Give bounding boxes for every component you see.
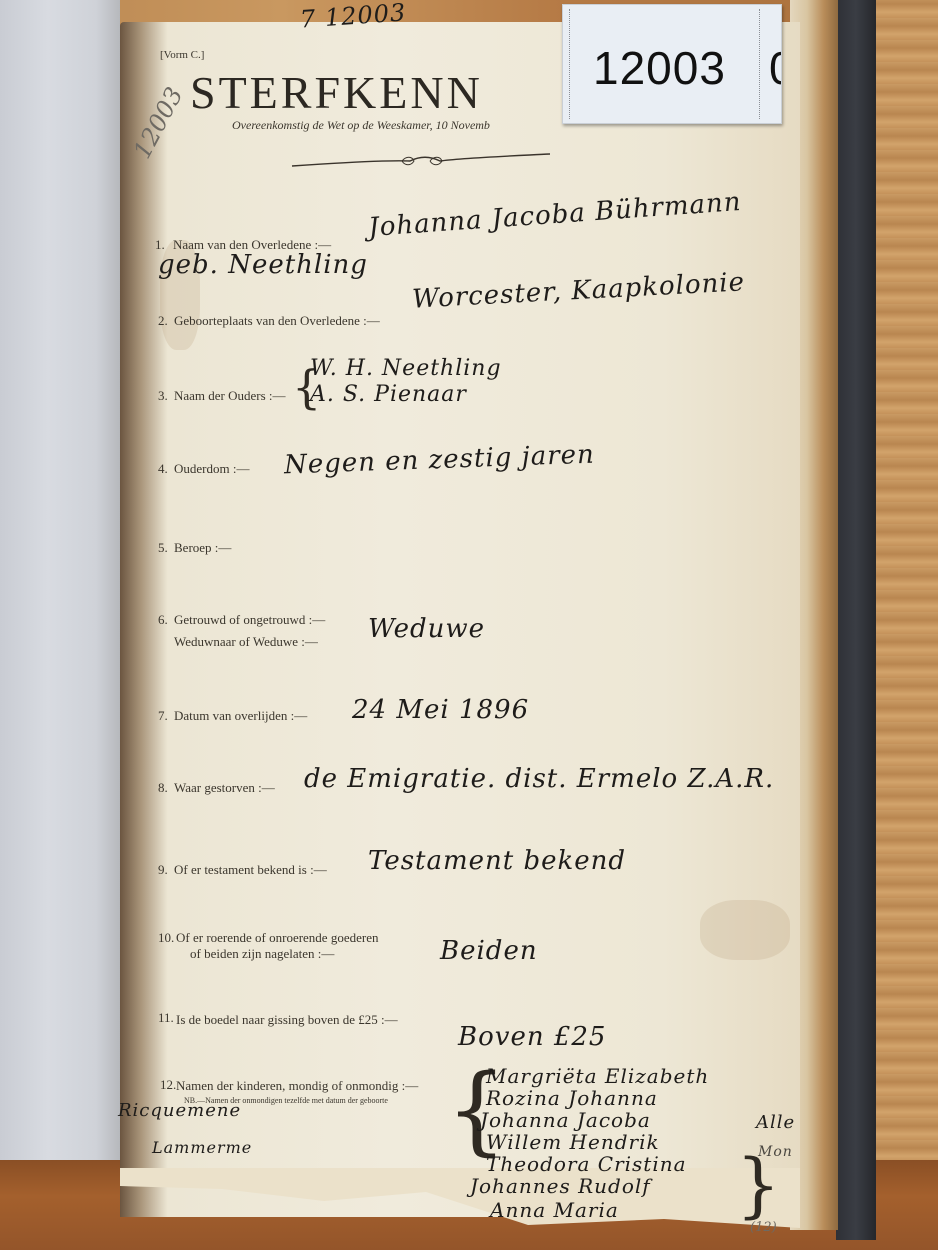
child-7: Anna Maria xyxy=(490,1198,619,1222)
margin-note-bottom-right: (12) xyxy=(750,1220,777,1235)
child-3: Johanna Jacoba xyxy=(480,1108,651,1132)
child-5: Theodora Cristina xyxy=(486,1152,687,1176)
field-7-value: 24 Mei 1896 xyxy=(352,695,529,725)
field-10-value: Beiden xyxy=(440,936,538,966)
margin-note-line2: Lammerme xyxy=(152,1138,252,1157)
child-1: Margriëta Elizabeth xyxy=(486,1064,709,1088)
archive-number-tag: 12003 0 xyxy=(562,4,782,124)
field-11-value: Boven £25 xyxy=(458,1022,606,1052)
field-8-label: Waar gestorven :— xyxy=(174,780,275,796)
tag-perforation xyxy=(569,9,570,119)
field-6-value: Weduwe xyxy=(368,614,485,644)
child-2: Rozina Johanna xyxy=(486,1086,658,1110)
field-9-number: 9. xyxy=(158,862,168,878)
field-3-father: W. H. Neethling xyxy=(310,356,502,381)
field-12-label: Namen der kinderen, mondig of onmondig :… xyxy=(176,1078,418,1094)
archive-number-next-partial: 0 xyxy=(769,41,781,95)
child-4: Willem Hendrik xyxy=(486,1130,660,1154)
field-1-value-line2: geb. Neethling xyxy=(158,250,368,280)
ornamental-flourish-icon xyxy=(290,152,552,170)
field-11-label: Is de boedel naar gissing boven de £25 :… xyxy=(176,1012,398,1028)
child-6: Johannes Rudolf xyxy=(470,1174,651,1198)
field-8-number: 8. xyxy=(158,780,168,796)
document-title: STERFKENN xyxy=(190,66,483,119)
wooden-desk xyxy=(875,0,938,1250)
field-10-label-line2: of beiden zijn nagelaten :— xyxy=(190,946,334,962)
field-5-label: Beroep :— xyxy=(174,540,231,556)
binder-spine xyxy=(836,0,876,1240)
field-8-value: de Emigratie. dist. Ermelo Z.A.R. xyxy=(304,764,774,794)
tag-perforation xyxy=(759,9,760,119)
water-stain xyxy=(700,900,790,960)
field-3-number: 3. xyxy=(158,388,168,404)
margin-note-line1: Ricquemene xyxy=(118,1100,241,1121)
field-11-number: 11. xyxy=(158,1010,174,1026)
field-10-number: 10. xyxy=(158,930,174,946)
field-9-label: Of er testament bekend is :— xyxy=(174,862,327,878)
field-2-label: Geboorteplaats van den Overledene :— xyxy=(174,313,380,329)
field-6-number: 6. xyxy=(158,612,168,628)
field-3-label: Naam der Ouders :— xyxy=(174,388,286,404)
field-6-label: Getrouwd of ongetrouwd :— xyxy=(174,612,325,628)
field-4-number: 4. xyxy=(158,461,168,477)
field-4-label: Ouderdom :— xyxy=(174,461,249,477)
left-blank-page xyxy=(0,0,120,1225)
field-3-mother: A. S. Pienaar xyxy=(310,382,467,407)
field-6-label-line2: Weduwnaar of Weduwe :— xyxy=(174,634,318,650)
field-7-number: 7. xyxy=(158,708,168,724)
archive-number: 12003 xyxy=(593,41,726,95)
children-side-note-alle: Alle xyxy=(756,1112,795,1133)
form-code: [Vorm C.] xyxy=(160,49,204,61)
children-right-bracket-icon: } xyxy=(736,1150,781,1220)
field-5-number: 5. xyxy=(158,540,168,556)
field-10-label: Of er roerende of onroerende goederen xyxy=(176,930,378,946)
document-subtitle: Overeenkomstig de Wet op de Weeskamer, 1… xyxy=(232,118,490,133)
field-2-number: 2. xyxy=(158,313,168,329)
field-12-number: 12. xyxy=(160,1077,176,1093)
field-9-value: Testament bekend xyxy=(368,846,626,876)
field-7-label: Datum van overlijden :— xyxy=(174,708,307,724)
